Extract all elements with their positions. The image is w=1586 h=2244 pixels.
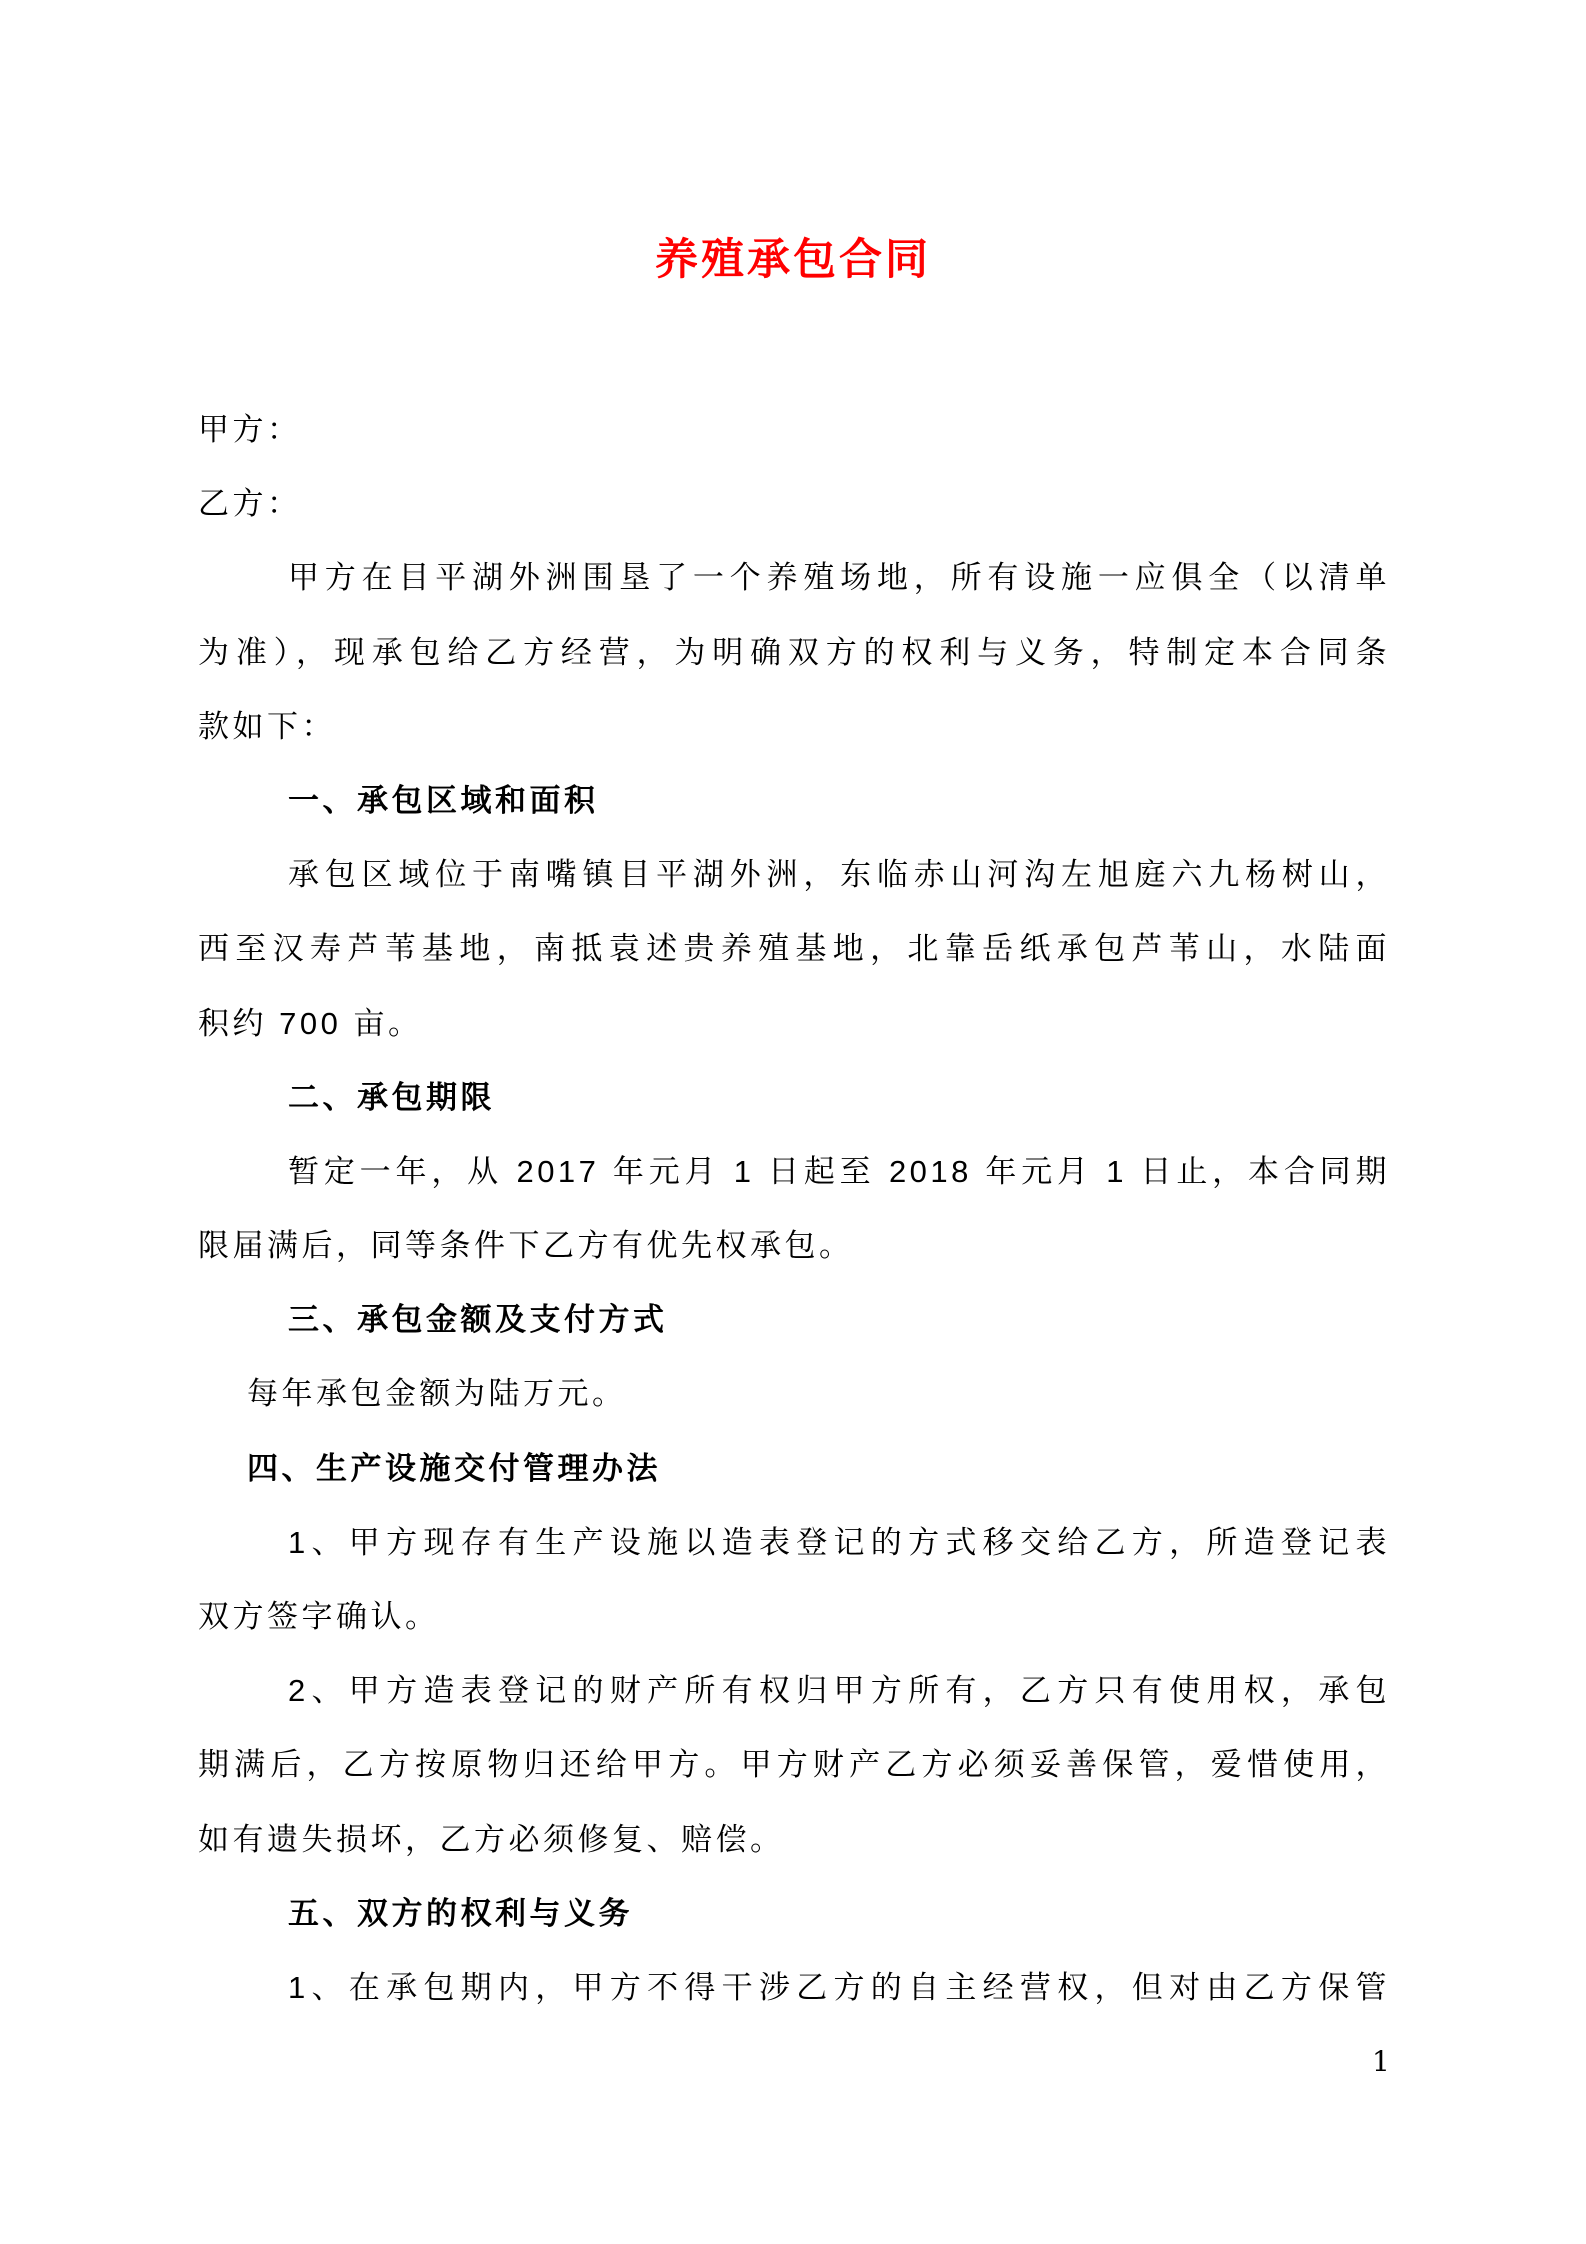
section-heading: 五、双方的权利与义务 xyxy=(198,1877,1390,1951)
text-line: 2、甲方造表登记的财产所有权归甲方所有，乙方只有使用权，承包 xyxy=(198,1654,1390,1728)
section-heading: 四、生产设施交付管理办法 xyxy=(198,1432,1390,1506)
section-heading: 二、承包期限 xyxy=(198,1061,1390,1135)
text-line: 每年承包金额为陆万元。 xyxy=(198,1357,1390,1431)
text-line: 1、在承包期内，甲方不得干涉乙方的自主经营权，但对由乙方保管 xyxy=(198,1951,1390,2025)
section-heading: 三、承包金额及支付方式 xyxy=(198,1283,1390,1357)
text-line: 限届满后，同等条件下乙方有优先权承包。 xyxy=(198,1209,1390,1283)
text-line: 期满后，乙方按原物归还给甲方。甲方财产乙方必须妥善保管，爱惜使用， xyxy=(198,1728,1390,1802)
text-line: 款如下： xyxy=(198,690,1390,764)
text-line: 甲方： xyxy=(198,393,1390,467)
text-line: 如有遗失损坏，乙方必须修复、赔偿。 xyxy=(198,1803,1390,1877)
document-title: 养殖承包合同 xyxy=(0,230,1586,290)
section-heading: 一、承包区域和面积 xyxy=(198,764,1390,838)
document-body: 甲方：乙方：甲方在目平湖外洲围垦了一个养殖场地，所有设施一应俱全（以清单为准），… xyxy=(198,393,1390,2025)
text-line: 甲方在目平湖外洲围垦了一个养殖场地，所有设施一应俱全（以清单 xyxy=(198,541,1390,615)
text-line: 西至汉寿芦苇基地，南抵袁述贵养殖基地，北靠岳纸承包芦苇山，水陆面 xyxy=(198,912,1390,986)
text-line: 为准），现承包给乙方经营，为明确双方的权利与义务，特制定本合同条 xyxy=(198,616,1390,690)
text-line: 积约 700 亩。 xyxy=(198,987,1390,1061)
text-line: 1、甲方现存有生产设施以造表登记的方式移交给乙方，所造登记表 xyxy=(198,1506,1390,1580)
text-line: 暂定一年，从 2017 年元月 1 日起至 2018 年元月 1 日止，本合同期 xyxy=(198,1135,1390,1209)
text-line: 承包区域位于南嘴镇目平湖外洲，东临赤山河沟左旭庭六九杨树山， xyxy=(198,838,1390,912)
page-number: 1 xyxy=(1372,2042,1390,2082)
text-line: 乙方： xyxy=(198,467,1390,541)
text-line: 双方签字确认。 xyxy=(198,1580,1390,1654)
document-page: 养殖承包合同 甲方：乙方：甲方在目平湖外洲围垦了一个养殖场地，所有设施一应俱全（… xyxy=(0,0,1586,2244)
